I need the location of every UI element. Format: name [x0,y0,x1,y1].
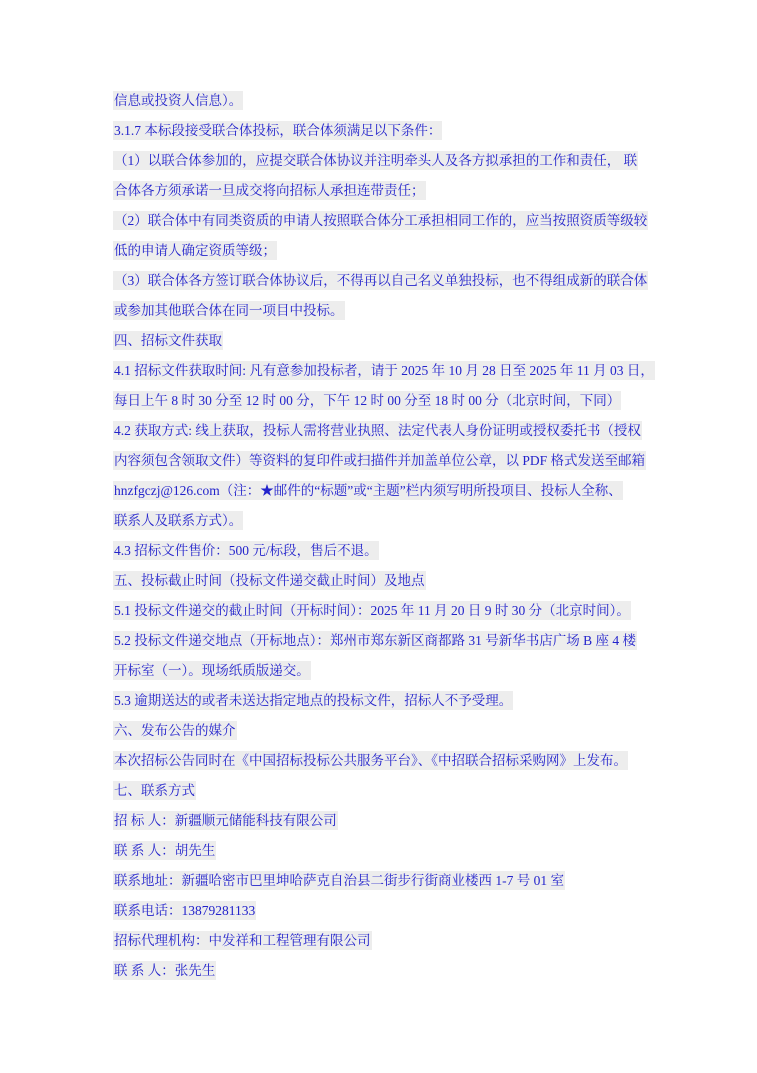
highlighted-text: 招 标 人：新疆顺元储能科技有限公司 [113,811,338,830]
highlighted-text: 3.1.7 本标段接受联合体投标，联合体须满足以下条件： [113,121,442,140]
section-heading: 五、投标截止时间（投标文件递交截止时间）及地点 [113,566,661,596]
highlighted-text: 4.1 招标文件获取时间: 凡有意参加投标者，请于 2025 年 10 月 28… [113,361,655,380]
highlighted-text: 招标代理机构：中发祥和工程管理有限公司 [113,931,372,950]
text-line: （1）以联合体参加的，应提交联合体协议并注明牵头人及各方拟承担的工作和责任， 联 [113,146,661,176]
text-line: 招标代理机构：中发祥和工程管理有限公司 [113,926,661,956]
highlighted-text: （1）以联合体参加的，应提交联合体协议并注明牵头人及各方拟承担的工作和责任， 联 [113,151,638,170]
highlighted-text: 5.3 逾期送达的或者未送达指定地点的投标文件，招标人不予受理。 [113,691,513,710]
highlighted-text: 四、招标文件获取 [113,331,223,350]
text-line: 或参加其他联合体在同一项目中投标。 [113,296,661,326]
highlighted-text: 六、发布公告的媒介 [113,721,237,740]
document-page: 信息或投资人信息）。3.1.7 本标段接受联合体投标，联合体须满足以下条件：（1… [113,86,661,986]
text-line: 信息或投资人信息）。 [113,86,661,116]
highlighted-text: 联系电话：13879281133 [113,901,256,920]
highlighted-text: 或参加其他联合体在同一项目中投标。 [113,301,345,320]
text-line: 联 系 人：张先生 [113,956,661,986]
text-line: 4.2 获取方式: 线上获取，投标人需将营业执照、法定代表人身份证明或授权委托书… [113,416,661,446]
text-line: 招 标 人：新疆顺元储能科技有限公司 [113,806,661,836]
highlighted-text: hnzfgczj@126.com（注：★邮件的“标题”或“主题”栏内须写明所投项… [113,481,623,500]
text-line: 5.1 投标文件递交的截止时间（开标时间）：2025 年 11 月 20 日 9… [113,596,661,626]
text-line: 低的申请人确定资质等级； [113,236,661,266]
text-line: 内容须包含领取文件）等资料的复印件或扫描件并加盖单位公章，以 PDF 格式发送至… [113,446,661,476]
text-line: （3）联合体各方签订联合体协议后，不得再以自己名义单独投标，也不得组成新的联合体 [113,266,661,296]
text-line: 联系电话：13879281133 [113,896,661,926]
highlighted-text: 开标室（一）。现场纸质版递交。 [113,661,311,680]
highlighted-text: 5.2 投标文件递交地点（开标地点）：郑州市郑东新区商都路 31 号新华书店广场… [113,631,637,650]
highlighted-text: 合体各方须承诺一旦成交将向招标人承担连带责任； [113,181,426,200]
text-line: 3.1.7 本标段接受联合体投标，联合体须满足以下条件： [113,116,661,146]
highlighted-text: 内容须包含领取文件）等资料的复印件或扫描件并加盖单位公章，以 PDF 格式发送至… [113,451,646,470]
text-line: 合体各方须承诺一旦成交将向招标人承担连带责任； [113,176,661,206]
highlighted-text: 信息或投资人信息）。 [113,91,243,110]
text-line: 本次招标公告同时在《中国招标投标公共服务平台》、《中招联合招标采购网》上发布。 [113,746,661,776]
text-line: 开标室（一）。现场纸质版递交。 [113,656,661,686]
text-line: 联系人及联系方式）。 [113,506,661,536]
highlighted-text: 4.2 获取方式: 线上获取，投标人需将营业执照、法定代表人身份证明或授权委托书… [113,421,642,440]
highlighted-text: 七、联系方式 [113,781,196,800]
highlighted-text: 本次招标公告同时在《中国招标投标公共服务平台》、《中招联合招标采购网》上发布。 [113,751,628,770]
text-line: （2）联合体中有同类资质的申请人按照联合体分工承担相同工作的，应当按照资质等级较 [113,206,661,236]
highlighted-text: 联 系 人：张先生 [113,961,216,980]
highlighted-text: 联系地址：新疆哈密市巴里坤哈萨克自治县二街步行街商业楼西 1-7 号 01 室 [113,871,565,890]
section-heading: 七、联系方式 [113,776,661,806]
highlighted-text: （3）联合体各方签订联合体协议后，不得再以自己名义单独投标，也不得组成新的联合体 [113,271,648,290]
text-line: 联 系 人：胡先生 [113,836,661,866]
highlighted-text: 五、投标截止时间（投标文件递交截止时间）及地点 [113,571,426,590]
highlighted-text: 联系人及联系方式）。 [113,511,243,530]
highlighted-text: 5.1 投标文件递交的截止时间（开标时间）：2025 年 11 月 20 日 9… [113,601,631,620]
highlighted-text: 联 系 人：胡先生 [113,841,216,860]
highlighted-text: （2）联合体中有同类资质的申请人按照联合体分工承担相同工作的，应当按照资质等级较 [113,211,648,230]
text-line: 4.3 招标文件售价：500 元/标段，售后不退。 [113,536,661,566]
highlighted-text: 低的申请人确定资质等级； [113,241,277,260]
highlighted-text: 每日上午 8 时 30 分至 12 时 00 分，下午 12 时 00 分至 1… [113,391,621,410]
section-heading: 六、发布公告的媒介 [113,716,661,746]
text-line: 5.3 逾期送达的或者未送达指定地点的投标文件，招标人不予受理。 [113,686,661,716]
text-line: 联系地址：新疆哈密市巴里坤哈萨克自治县二街步行街商业楼西 1-7 号 01 室 [113,866,661,896]
section-heading: 四、招标文件获取 [113,326,661,356]
text-line: 5.2 投标文件递交地点（开标地点）：郑州市郑东新区商都路 31 号新华书店广场… [113,626,661,656]
highlighted-text: 4.3 招标文件售价：500 元/标段，售后不退。 [113,541,379,560]
text-line: 每日上午 8 时 30 分至 12 时 00 分，下午 12 时 00 分至 1… [113,386,661,416]
text-line: 4.1 招标文件获取时间: 凡有意参加投标者，请于 2025 年 10 月 28… [113,356,661,386]
text-line: hnzfgczj@126.com（注：★邮件的“标题”或“主题”栏内须写明所投项… [113,476,661,506]
